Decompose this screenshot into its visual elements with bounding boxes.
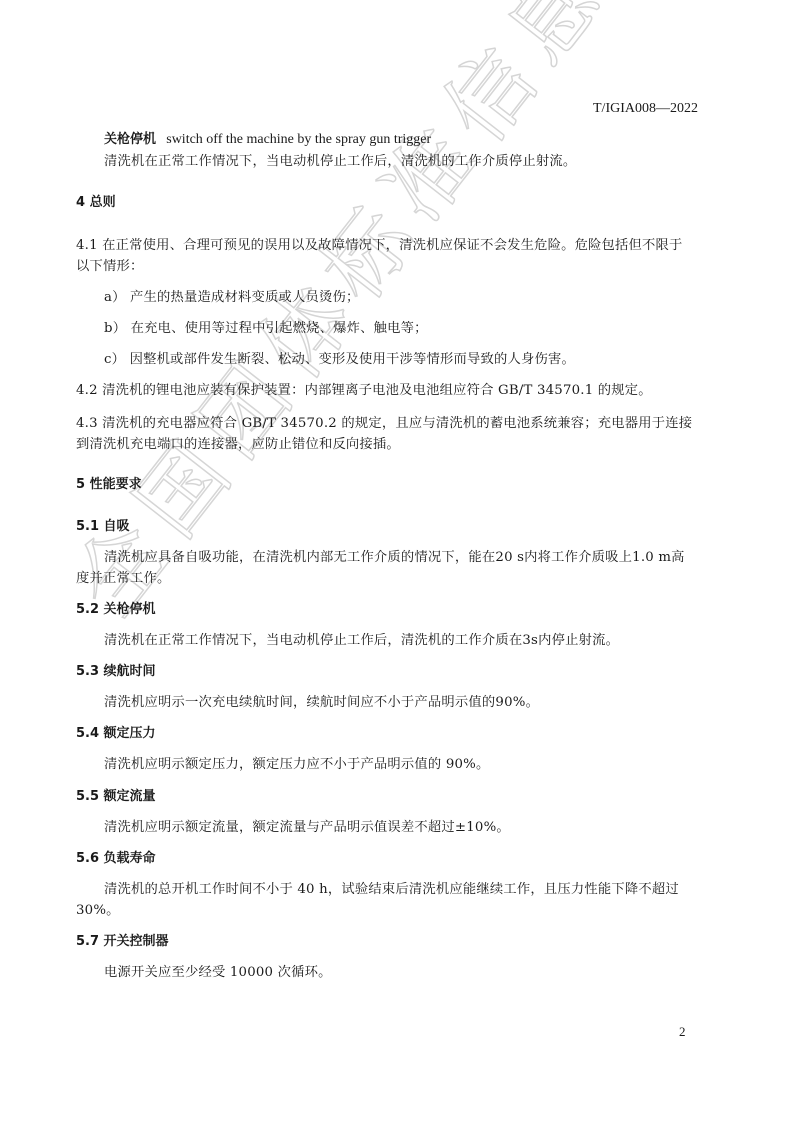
term-title-cn: 关枪停机 <box>104 132 156 147</box>
clause-text-5-2: 清洗机在正常工作情况下，当电动机停止工作后，清洗机的工作介质在3s内停止射流。 <box>104 629 619 648</box>
clause-title-5-5: 5.5 额定流量 <box>76 785 156 804</box>
clause-title-5-4: 5.4 额定压力 <box>76 722 156 741</box>
clause-4-3-cont: 到清洗机充电端口的连接器，应防止错位和反向接插。 <box>76 433 400 452</box>
clause-title-5-6: 5.6 负载寿命 <box>76 847 156 866</box>
clause-text-5-6: 清洗机的总开机工作时间不小于 40 h，试验结束后清洗机应能继续工作，且压力性能… <box>104 878 679 897</box>
page-number: 2 <box>679 1024 686 1040</box>
clause-title-5-3: 5.3 续航时间 <box>76 660 156 679</box>
clause-title-5-7: 5.7 开关控制器 <box>76 930 169 949</box>
list-item-b: b） 在充电、使用等过程中引起燃烧、爆炸、触电等； <box>104 317 428 336</box>
clause-4-3: 4.3 清洗机的充电器应符合 GB/T 34570.2 的规定，且应与清洗机的蓄… <box>76 412 692 431</box>
term-title-en: switch off the machine by the spray gun … <box>166 132 431 147</box>
document-page: 全国团体标准信息平台 T/IGIA008—2022 关枪停机 switch of… <box>0 0 794 1123</box>
clause-text-5-5: 清洗机应明示额定流量，额定流量与产品明示值误差不超过±10%。 <box>104 816 510 835</box>
term-definition: 清洗机在正常工作情况下，当电动机停止工作后，清洗机的工作介质停止射流。 <box>104 150 576 169</box>
clause-title-5-1: 5.1 自吸 <box>76 515 130 534</box>
clause-text-5-1: 清洗机应具备自吸功能，在清洗机内部无工作介质的情况下，能在20 s内将工作介质吸… <box>104 546 685 565</box>
list-item-c: c） 因整机或部件发生断裂、松动、变形及使用干涉等情形而导致的人身伤害。 <box>104 348 575 367</box>
clause-4-1-cont: 以下情形： <box>76 255 143 274</box>
list-item-a: a） 产生的热量造成材料变质或人员烫伤； <box>104 286 360 305</box>
section-heading-4: 4 总则 <box>76 191 116 210</box>
clause-text-5-1-cont: 度并正常工作。 <box>76 567 170 586</box>
clause-text-5-6-cont: 30%。 <box>76 899 120 918</box>
standard-code: T/IGIA008—2022 <box>593 101 698 117</box>
clause-4-2: 4.2 清洗机的锂电池应装有保护装置：内部锂离子电池及电池组应符合 GB/T 3… <box>76 379 652 398</box>
clause-text-5-7: 电源开关应至少经受 10000 次循环。 <box>104 961 332 980</box>
clause-title-5-2: 5.2 关枪停机 <box>76 598 156 617</box>
term-title: 关枪停机 switch off the machine by the spray… <box>104 128 431 148</box>
clause-4-1: 4.1 在正常使用、合理可预见的误用以及故障情况下，清洗机应保证不会发生危险。危… <box>76 234 683 253</box>
clause-text-5-3: 清洗机应明示一次充电续航时间，续航时间应不小于产品明示值的90%。 <box>104 691 539 710</box>
clause-text-5-4: 清洗机应明示额定压力，额定压力应不小于产品明示值的 90%。 <box>104 753 490 772</box>
section-heading-5: 5 性能要求 <box>76 473 142 492</box>
